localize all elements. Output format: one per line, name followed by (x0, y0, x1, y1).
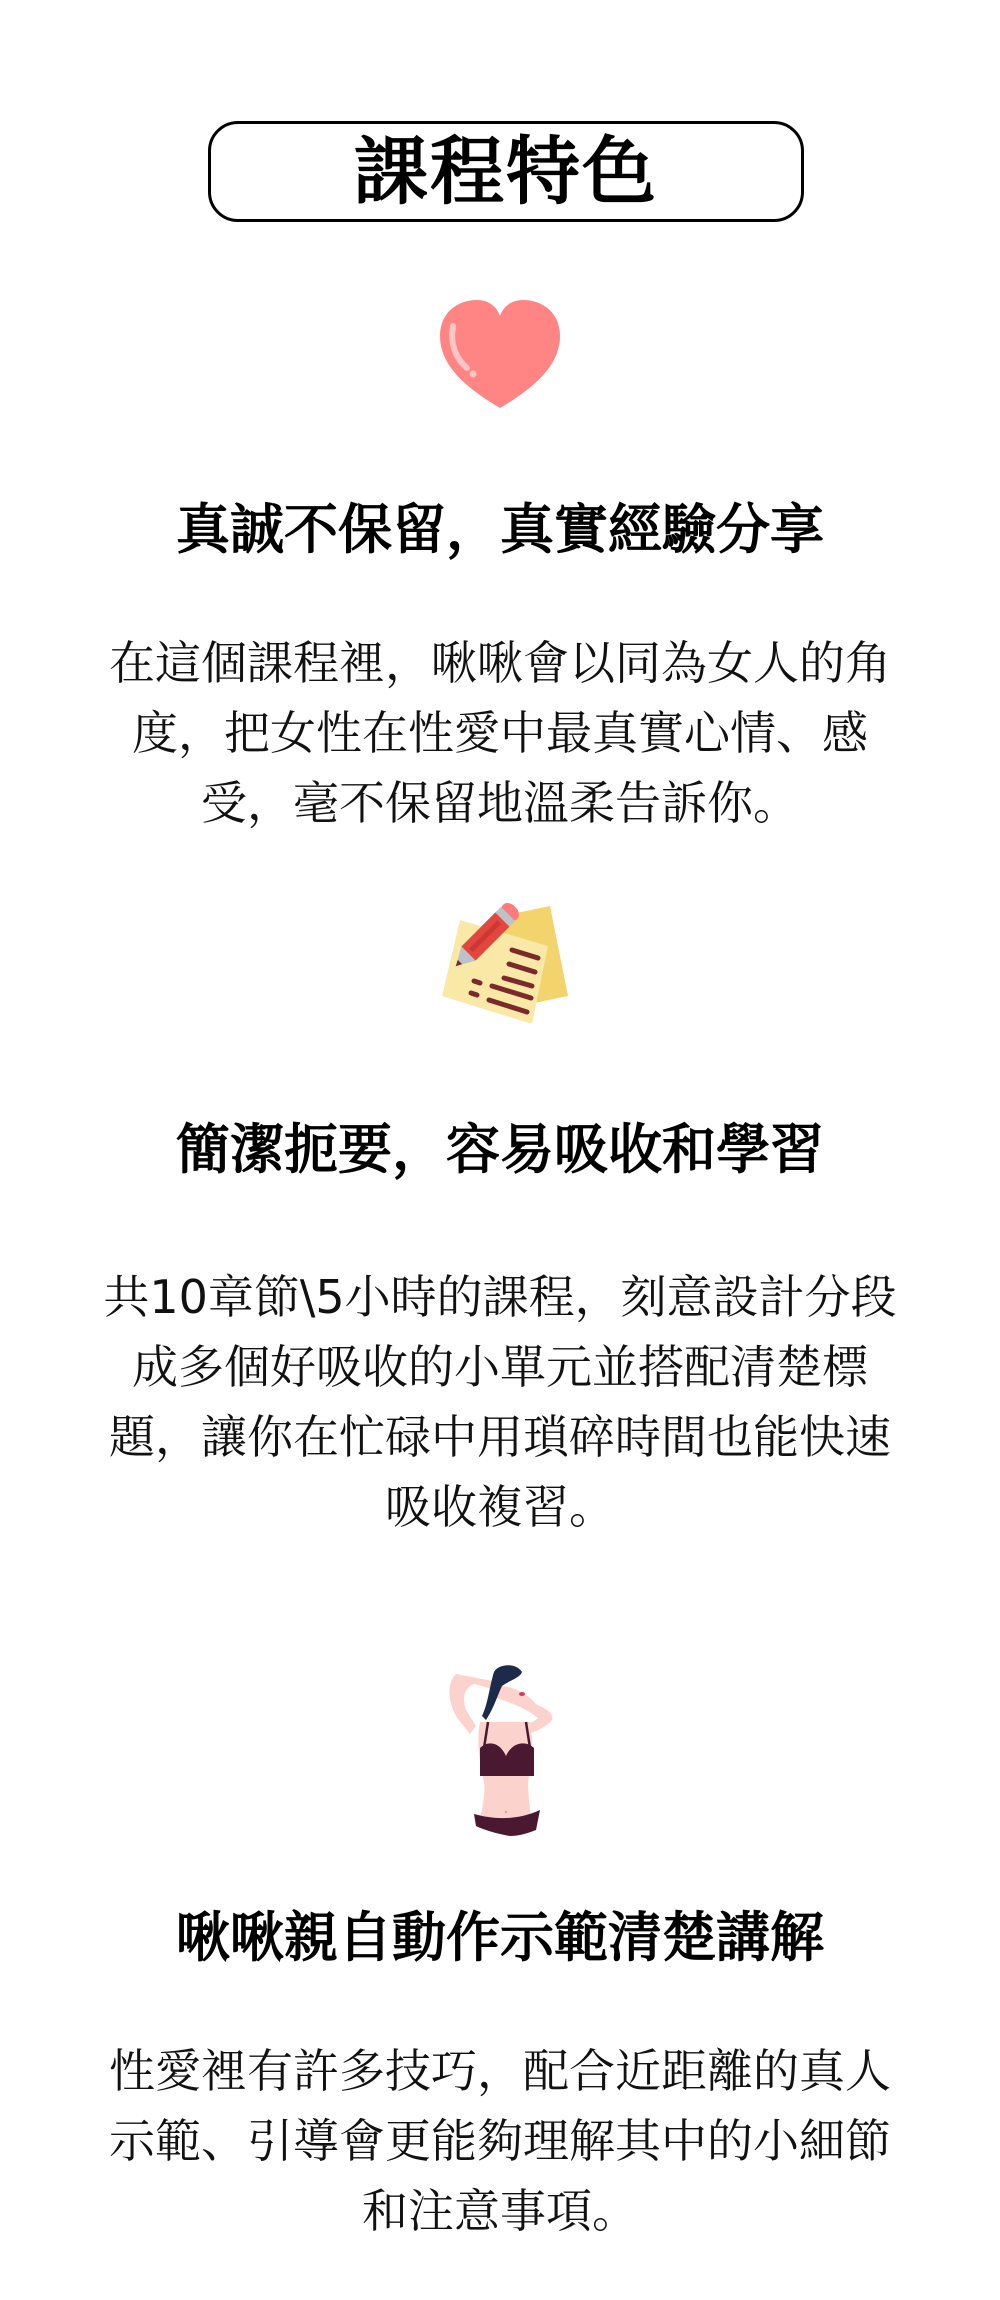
description-line: 成多個好吸收的小單元並搭配清楚標 (80, 1332, 920, 1402)
heart-icon (435, 298, 565, 410)
feature-heading-sincere: 真誠不保留，真實經驗分享 (0, 498, 1000, 562)
description-line: 吸收複習。 (80, 1472, 920, 1542)
description-line: 共10章節\5小時的課程，刻意設計分段 (80, 1262, 920, 1332)
section-title: 課程特色 (354, 135, 658, 209)
feature-heading-concise: 簡潔扼要，容易吸收和學習 (0, 1118, 1000, 1182)
feature-description-sincere: 在這個課程裡，啾啾會以同為女人的角 度，把女性在性愛中最真實心情、感 受，毫不保… (80, 628, 920, 838)
feature-description-concise: 共10章節\5小時的課程，刻意設計分段 成多個好吸收的小單元並搭配清楚標 題，讓… (80, 1262, 920, 1542)
woman-lingerie-icon (436, 1664, 570, 1836)
description-line: 和注意事項。 (80, 2176, 920, 2246)
description-line: 性愛裡有許多技巧，配合近距離的真人 (80, 2036, 920, 2106)
sticky-notes-pencil-icon (432, 888, 572, 1023)
feature-heading-demonstration: 啾啾親自動作示範清楚講解 (0, 1906, 1000, 1970)
description-line: 示範、引導會更能夠理解其中的小細節 (80, 2106, 920, 2176)
description-line: 受，毫不保留地溫柔告訴你。 (80, 768, 920, 838)
description-line: 度，把女性在性愛中最真實心情、感 (80, 698, 920, 768)
description-line: 在這個課程裡，啾啾會以同為女人的角 (80, 628, 920, 698)
feature-description-demonstration: 性愛裡有許多技巧，配合近距離的真人 示範、引導會更能夠理解其中的小細節 和注意事… (80, 2036, 920, 2246)
section-title-box: 課程特色 (208, 121, 804, 222)
description-line: 題，讓你在忙碌中用瑣碎時間也能快速 (80, 1402, 920, 1472)
